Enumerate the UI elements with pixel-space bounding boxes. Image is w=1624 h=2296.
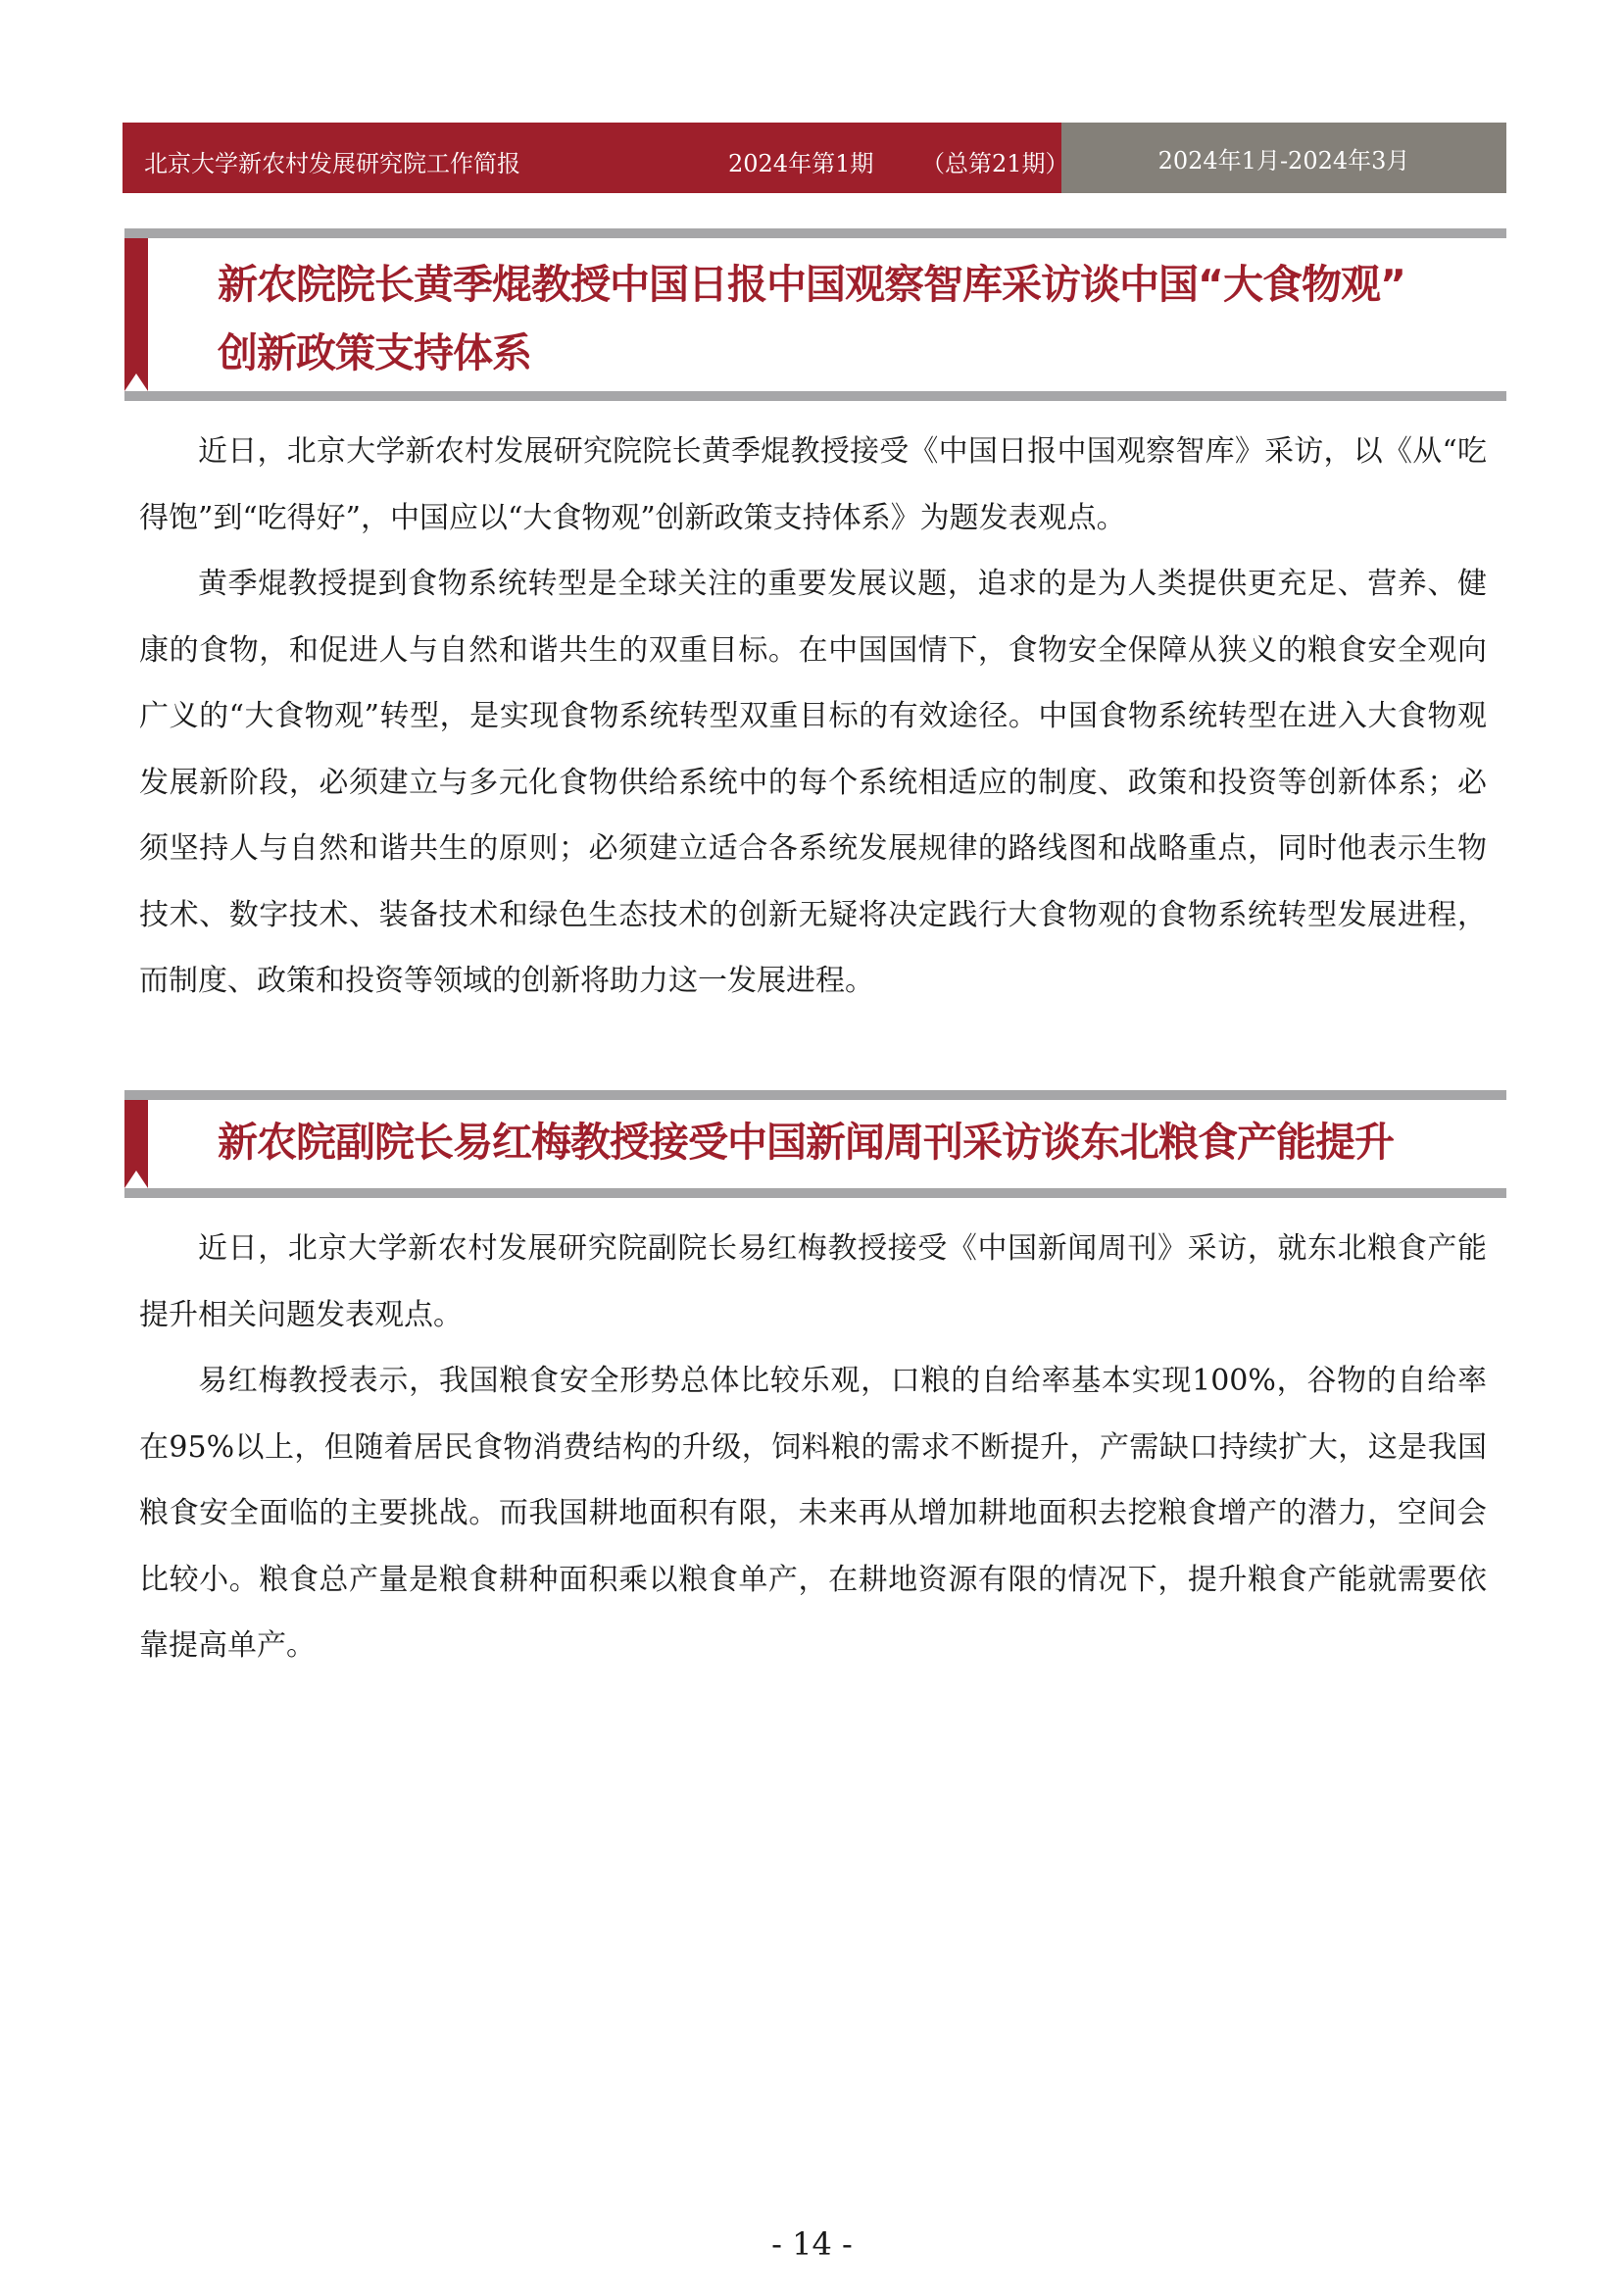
header-red-band: 北京大学新农村发展研究院工作简报 2024年第1期 （总第21期） (123, 123, 1061, 193)
bookmark-ribbon-icon (124, 238, 148, 391)
total-issue-number: （总第21期） (921, 144, 1061, 178)
section-title-line: 新农院院长黄季焜教授中国日报中国观察智库采访谈中国“大食物观” (218, 261, 1405, 308)
heading-rule-top (124, 228, 1506, 238)
section-title-line: 创新政策支持体系 (218, 329, 531, 376)
section-title-1: 新农院院长黄季焜教授中国日报中国观察智库采访谈中国“大食物观” 创新政策支持体系 (218, 250, 1405, 387)
section-body-1: 近日，北京大学新农村发展研究院院长黄季焜教授接受《中国日报中国观察智库》采访，以… (139, 419, 1487, 1015)
section-body-2: 近日，北京大学新农村发展研究院副院长易红梅教授接受《中国新闻周刊》采访，就东北粮… (139, 1216, 1487, 1679)
heading-rule-top (124, 1090, 1506, 1100)
issue-number: 2024年第1期 (728, 144, 873, 178)
section-title-line: 新农院副院长易红梅教授接受中国新闻周刊采访谈东北粮食产能提升 (218, 1119, 1394, 1166)
publication-title: 北京大学新农村发展研究院工作简报 (144, 144, 520, 178)
header-gray-band: 2024年1月-2024年3月 (1061, 123, 1506, 193)
section-heading-2: 新农院副院长易红梅教授接受中国新闻周刊采访谈东北粮食产能提升 (124, 1090, 1506, 1198)
paragraph: 黄季焜教授提到食物系统转型是全球关注的重要发展议题，追求的是为人类提供更充足、营… (139, 551, 1487, 1015)
page-number: - 14 - (0, 2225, 1624, 2263)
running-header: 北京大学新农村发展研究院工作简报 2024年第1期 （总第21期） 2024年1… (123, 123, 1506, 193)
heading-rule-bottom (124, 391, 1506, 401)
paragraph: 近日，北京大学新农村发展研究院院长黄季焜教授接受《中国日报中国观察智库》采访，以… (139, 419, 1487, 551)
section-heading-1: 新农院院长黄季焜教授中国日报中国观察智库采访谈中国“大食物观” 创新政策支持体系 (124, 228, 1506, 401)
paragraph: 近日，北京大学新农村发展研究院副院长易红梅教授接受《中国新闻周刊》采访，就东北粮… (139, 1216, 1487, 1348)
paragraph: 易红梅教授表示，我国粮食安全形势总体比较乐观，口粮的自给率基本实现100%，谷物… (139, 1348, 1487, 1679)
date-range: 2024年1月-2024年3月 (1158, 141, 1410, 175)
bookmark-ribbon-icon (124, 1100, 148, 1188)
heading-rule-bottom (124, 1188, 1506, 1198)
section-title-2: 新农院副院长易红梅教授接受中国新闻周刊采访谈东北粮食产能提升 (218, 1108, 1394, 1176)
